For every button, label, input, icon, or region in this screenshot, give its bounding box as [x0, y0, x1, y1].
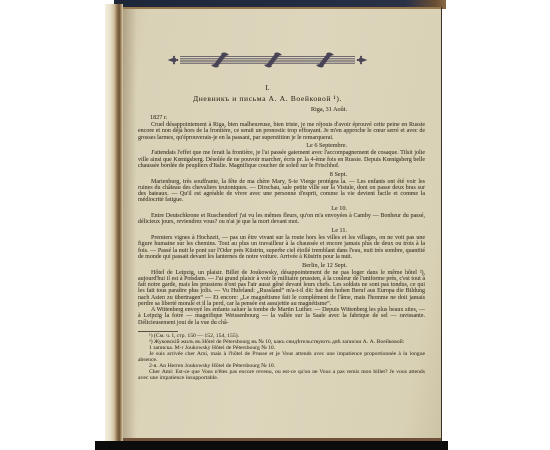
dateline-sept6: Le 6 Septembre. [138, 142, 425, 149]
diary-paragraph-5: Premiers vignes à Hochzeit, — pas un êtr… [138, 235, 425, 260]
dateline-sept8: 8 Sept. [138, 171, 425, 178]
page-content: I. Дневникъ и письма А. А. Воейковой ¹).… [138, 49, 425, 382]
page-title: Дневникъ и письма А. А. Воейковой ¹). [138, 94, 397, 104]
photo-scene: I. Дневникъ и письма А. А. Воейковой ¹).… [0, 0, 550, 450]
page-stack-left-edge [105, 4, 123, 443]
ornament-rule-icon [167, 49, 368, 71]
dateline-berlin: Berlin, le 12 Sept. [138, 262, 425, 269]
footnote-2-note2-text: Cher Ami: Est-ce que Vous n'êtes pas enc… [138, 370, 425, 382]
dateline-le10: Le 10. [138, 205, 425, 212]
book-page: I. Дневникъ и письма А. А. Воейковой ¹).… [123, 7, 441, 441]
diary-paragraph-7: A Wittenberg envoyé les enfants saluer l… [138, 307, 425, 326]
page-header: I. Дневникъ и письма А. А. Воейковой ¹). [138, 49, 397, 104]
dateline-riga: Riga, 31 Août. [138, 106, 425, 113]
diary-paragraph-3: Marienburg, très souffrante, la fête de … [138, 179, 425, 204]
year-label: 1827 г. [138, 114, 425, 121]
footnotes-block: ¹) (См. ч. I, стр. 150 — 152, 154, 155).… [138, 331, 425, 382]
section-number: I. [138, 84, 397, 92]
diary-paragraph-1: Cruel désappointement à Riga, bien malhe… [138, 122, 425, 141]
book: I. Дневникъ и письма А. А. Воейковой ¹).… [105, 0, 443, 450]
book-bottom-shadow [95, 441, 448, 450]
diary-paragraph-4: Entre Deutschkrone et Ruschendorf j'ai v… [138, 213, 425, 226]
diary-paragraph-2: J'attendais l'effet que me ferait la fro… [138, 150, 425, 169]
diary-paragraph-6: Hôtel de Leipzig, un plaisir. Billet de … [138, 270, 425, 308]
dateline-le11: Le 11. [138, 227, 425, 234]
footnote-separator [138, 331, 178, 332]
